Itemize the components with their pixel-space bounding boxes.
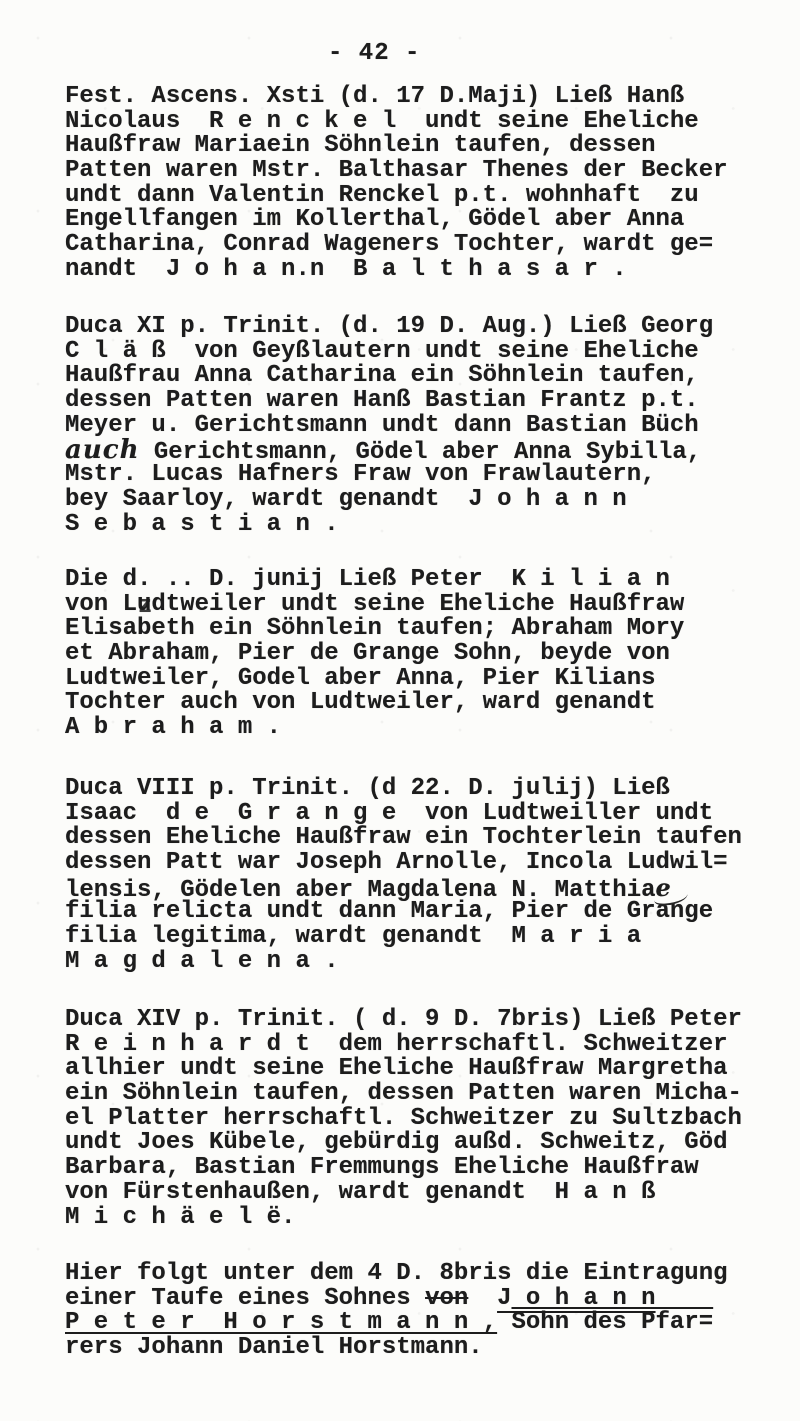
text-segment [468,1285,497,1312]
text-segment: filia relicta undt dann Maria, Pier de G… [65,898,713,925]
text-segment: R e i n h a r d t dem herrschaftl. Schwe… [65,1031,728,1058]
text-line: auch Gerichtsmann, Gödel aber Anna Sybil… [65,438,713,463]
text-segment: einer Taufe eines Sohnes [65,1285,425,1312]
text-segment: M a g d a l e n a . [65,948,339,975]
text-segment: Haußfrau Anna Catharina ein Söhnlein tau… [65,362,699,389]
text-segment: Nicolaus R e n c k e l undt seine Ehelic… [65,108,699,135]
text-segment: Duca XI p. Trinit. (d. 19 D. Aug.) Ließ … [65,313,713,340]
text-line: nandt J o h a n.n B a l t h a s a r . [65,258,728,283]
text-line: Die d. .. D. junij Ließ Peter K i l i a … [65,568,684,593]
text-line: dessen Patten waren Hanß Bastian Frantz … [65,389,713,414]
text-segment: Barbara, Bastian Fremmungs Eheliche Hauß… [65,1154,699,1181]
text-line: Mstr. Lucas Hafners Fraw von Frawlautern… [65,463,713,488]
underlined-name-peter-horstmann: P e t e r H o r s t m a n n , [65,1309,497,1336]
text-line: undt dann Valentin Renckel p.t. wohnhaft… [65,184,728,209]
text-line: Fest. Ascens. Xsti (d. 17 D.Maji) Ließ H… [65,85,728,110]
text-line: Duca XI p. Trinit. (d. 19 D. Aug.) Ließ … [65,315,713,340]
entry-maria-magdalena: Duca VIII p. Trinit. (d 22. D. julij) Li… [65,777,742,975]
text-line: rers Johann Daniel Horstmann. [65,1336,728,1361]
text-segment: Isaac d e G r a n g e von Ludtweiller un… [65,800,713,827]
text-line: Haußfrau Anna Catharina ein Söhnlein tau… [65,364,713,389]
text-line: Patten waren Mstr. Balthasar Thenes der … [65,159,728,184]
text-segment: filia legitima, wardt genandt M a r i a [65,923,641,950]
text-line: Nicolaus R e n c k e l undt seine Ehelic… [65,110,728,135]
text-segment: von L [65,591,137,618]
text-line: bey Saarloy, wardt genandt J o h a n n [65,488,713,513]
text-line: filia legitima, wardt genandt M a r i a [65,925,742,950]
text-line: ein Söhnlein taufen, dessen Patten waren… [65,1082,742,1107]
text-segment: Elisabeth ein Söhnlein taufen; Abraham M… [65,615,684,642]
text-line: C l ä ß von Geyßlautern undt seine Eheli… [65,340,713,365]
text-line: Meyer u. Gerichtsmann undt dann Bastian … [65,414,713,439]
text-segment: Patten waren Mstr. Balthasar Thenes der … [65,157,728,184]
text-segment: Mstr. Lucas Hafners Fraw von Frawlautern… [65,461,656,488]
text-line: von Ludtweiler undt seine Eheliche Haußf… [65,593,684,618]
text-line: dessen Eheliche Haußfraw ein Tochterlein… [65,826,742,851]
text-segment: dessen Patt war Joseph Arnolle, Incola L… [65,849,728,876]
text-segment: undt dann Valentin Renckel p.t. wohnhaft… [65,182,699,209]
text-segment: S e b a s t i a n . [65,511,339,538]
text-line: Duca XIV p. Trinit. ( d. 9 D. 7bris) Lie… [65,1008,742,1033]
text-segment: bey Saarloy, wardt genandt J o h a n n [65,486,627,513]
underlined-name-johann: J o h a n n [497,1285,655,1312]
text-segment: nandt J o h a n.n B a l t h a s a r . [65,256,627,283]
text-segment: et Abraham, Pier de Grange Sohn, beyde v… [65,640,670,667]
text-segment: Engellfangen im Kollerthal, Gödel aber A… [65,206,684,233]
text-line: M i c h ä e l ë. [65,1206,742,1231]
text-segment: Ludtweiler, Godel aber Anna, Pier Kilian… [65,665,656,692]
text-segment: Haußfraw Mariaein Söhnlein taufen, desse… [65,132,656,159]
text-line: lensis, Gödelen aber Magdalena N. Matthi… [65,876,742,901]
overlined-text: Sohn des Pfar= [511,1309,713,1336]
text-segment: Die d. .. D. junij Ließ Peter K i l i a … [65,566,670,593]
text-segment: M i c h ä e l ë. [65,1204,295,1231]
text-segment: Duca VIII p. Trinit. (d 22. D. julij) Li… [65,775,670,802]
text-line: dessen Patt war Joseph Arnolle, Incola L… [65,851,742,876]
overstruck-char: u [137,593,151,618]
text-segment: dessen Eheliche Haußfraw ein Tochterlein… [65,824,742,851]
text-line: von Fürstenhaußen, wardt genandt H a n ß [65,1181,742,1206]
text-line: Ludtweiler, Godel aber Anna, Pier Kilian… [65,667,684,692]
text-line: et Abraham, Pier de Grange Sohn, beyde v… [65,642,684,667]
text-line: undt Joes Kübele, gebürdig außd. Schweit… [65,1131,742,1156]
text-line: Engellfangen im Kollerthal, Gödel aber A… [65,208,728,233]
text-segment: von Fürstenhaußen, wardt genandt H a n ß [65,1179,656,1206]
text-line: Elisabeth ein Söhnlein taufen; Abraham M… [65,617,684,642]
text-segment: A b r a h a m . [65,714,281,741]
text-segment: Tochter auch von Ludtweiler, ward genand… [65,689,656,716]
entry-abraham: Die d. .. D. junij Ließ Peter K i l i a … [65,568,684,741]
text-line: Hier folgt unter dem 4 D. 8bris die Eint… [65,1262,728,1287]
text-segment: ein Söhnlein taufen, dessen Patten waren… [65,1080,742,1107]
text-line: A b r a h a m . [65,716,684,741]
text-segment: Meyer u. Gerichtsmann undt dann Bastian … [65,412,699,439]
text-segment: C l ä ß von Geyßlautern undt seine Eheli… [65,338,699,365]
entry-hanss-michael: Duca XIV p. Trinit. ( d. 9 D. 7bris) Lie… [65,1008,742,1230]
text-line: allhier undt seine Eheliche Haußfraw Mar… [65,1057,742,1082]
text-line: M a g d a l e n a . [65,950,742,975]
text-segment: Hier folgt unter dem 4 D. 8bris die Eint… [65,1260,728,1287]
scanned-page: - 42 - Fest. Ascens. Xsti (d. 17 D.Maji)… [0,0,800,1421]
text-segment: Duca XIV p. Trinit. ( d. 9 D. 7bris) Lie… [65,1006,742,1033]
text-line: R e i n h a r d t dem herrschaftl. Schwe… [65,1033,742,1058]
text-segment: allhier undt seine Eheliche Haußfraw Mar… [65,1055,728,1082]
text-line: Haußfraw Mariaein Söhnlein taufen, desse… [65,134,728,159]
text-segment: Fest. Ascens. Xsti (d. 17 D.Maji) Ließ H… [65,83,684,110]
text-line: Barbara, Bastian Fremmungs Eheliche Hauß… [65,1156,742,1181]
text-line: P e t e r H o r s t m a n n , Sohn des P… [65,1311,728,1336]
text-segment: undt Joes Kübele, gebürdig außd. Schweit… [65,1129,728,1156]
text-segment: Catharina, Conrad Wageners Tochter, ward… [65,231,713,258]
entry-johann-sebastian: Duca XI p. Trinit. (d. 19 D. Aug.) Ließ … [65,315,713,537]
text-segment: dtweiler undt seine Eheliche Haußfraw [151,591,684,618]
page-number: - 42 - [328,40,420,67]
struck-word-von: von [425,1285,468,1312]
text-line: S e b a s t i a n . [65,513,713,538]
entry-johann-balthasar: Fest. Ascens. Xsti (d. 17 D.Maji) Ließ H… [65,85,728,283]
text-segment [497,1309,511,1336]
text-line: filia relicta undt dann Maria, Pier de G… [65,900,742,925]
text-line: el Platter herrschaftl. Schweitzer zu Su… [65,1107,742,1132]
text-line: Duca VIII p. Trinit. (d 22. D. julij) Li… [65,777,742,802]
text-segment: dessen Patten waren Hanß Bastian Frantz … [65,387,699,414]
note-horstmann: Hier folgt unter dem 4 D. 8bris die Eint… [65,1262,728,1361]
text-segment: el Platter herrschaftl. Schweitzer zu Su… [65,1105,742,1132]
text-segment: rers Johann Daniel Horstmann. [65,1334,483,1361]
text-line: Catharina, Conrad Wageners Tochter, ward… [65,233,728,258]
handwritten-flourish-e: e [656,873,671,902]
text-line: Tochter auch von Ludtweiler, ward genand… [65,691,684,716]
text-line: einer Taufe eines Sohnes von J o h a n n [65,1287,728,1312]
text-line: Isaac d e G r a n g e von Ludtweiller un… [65,802,742,827]
